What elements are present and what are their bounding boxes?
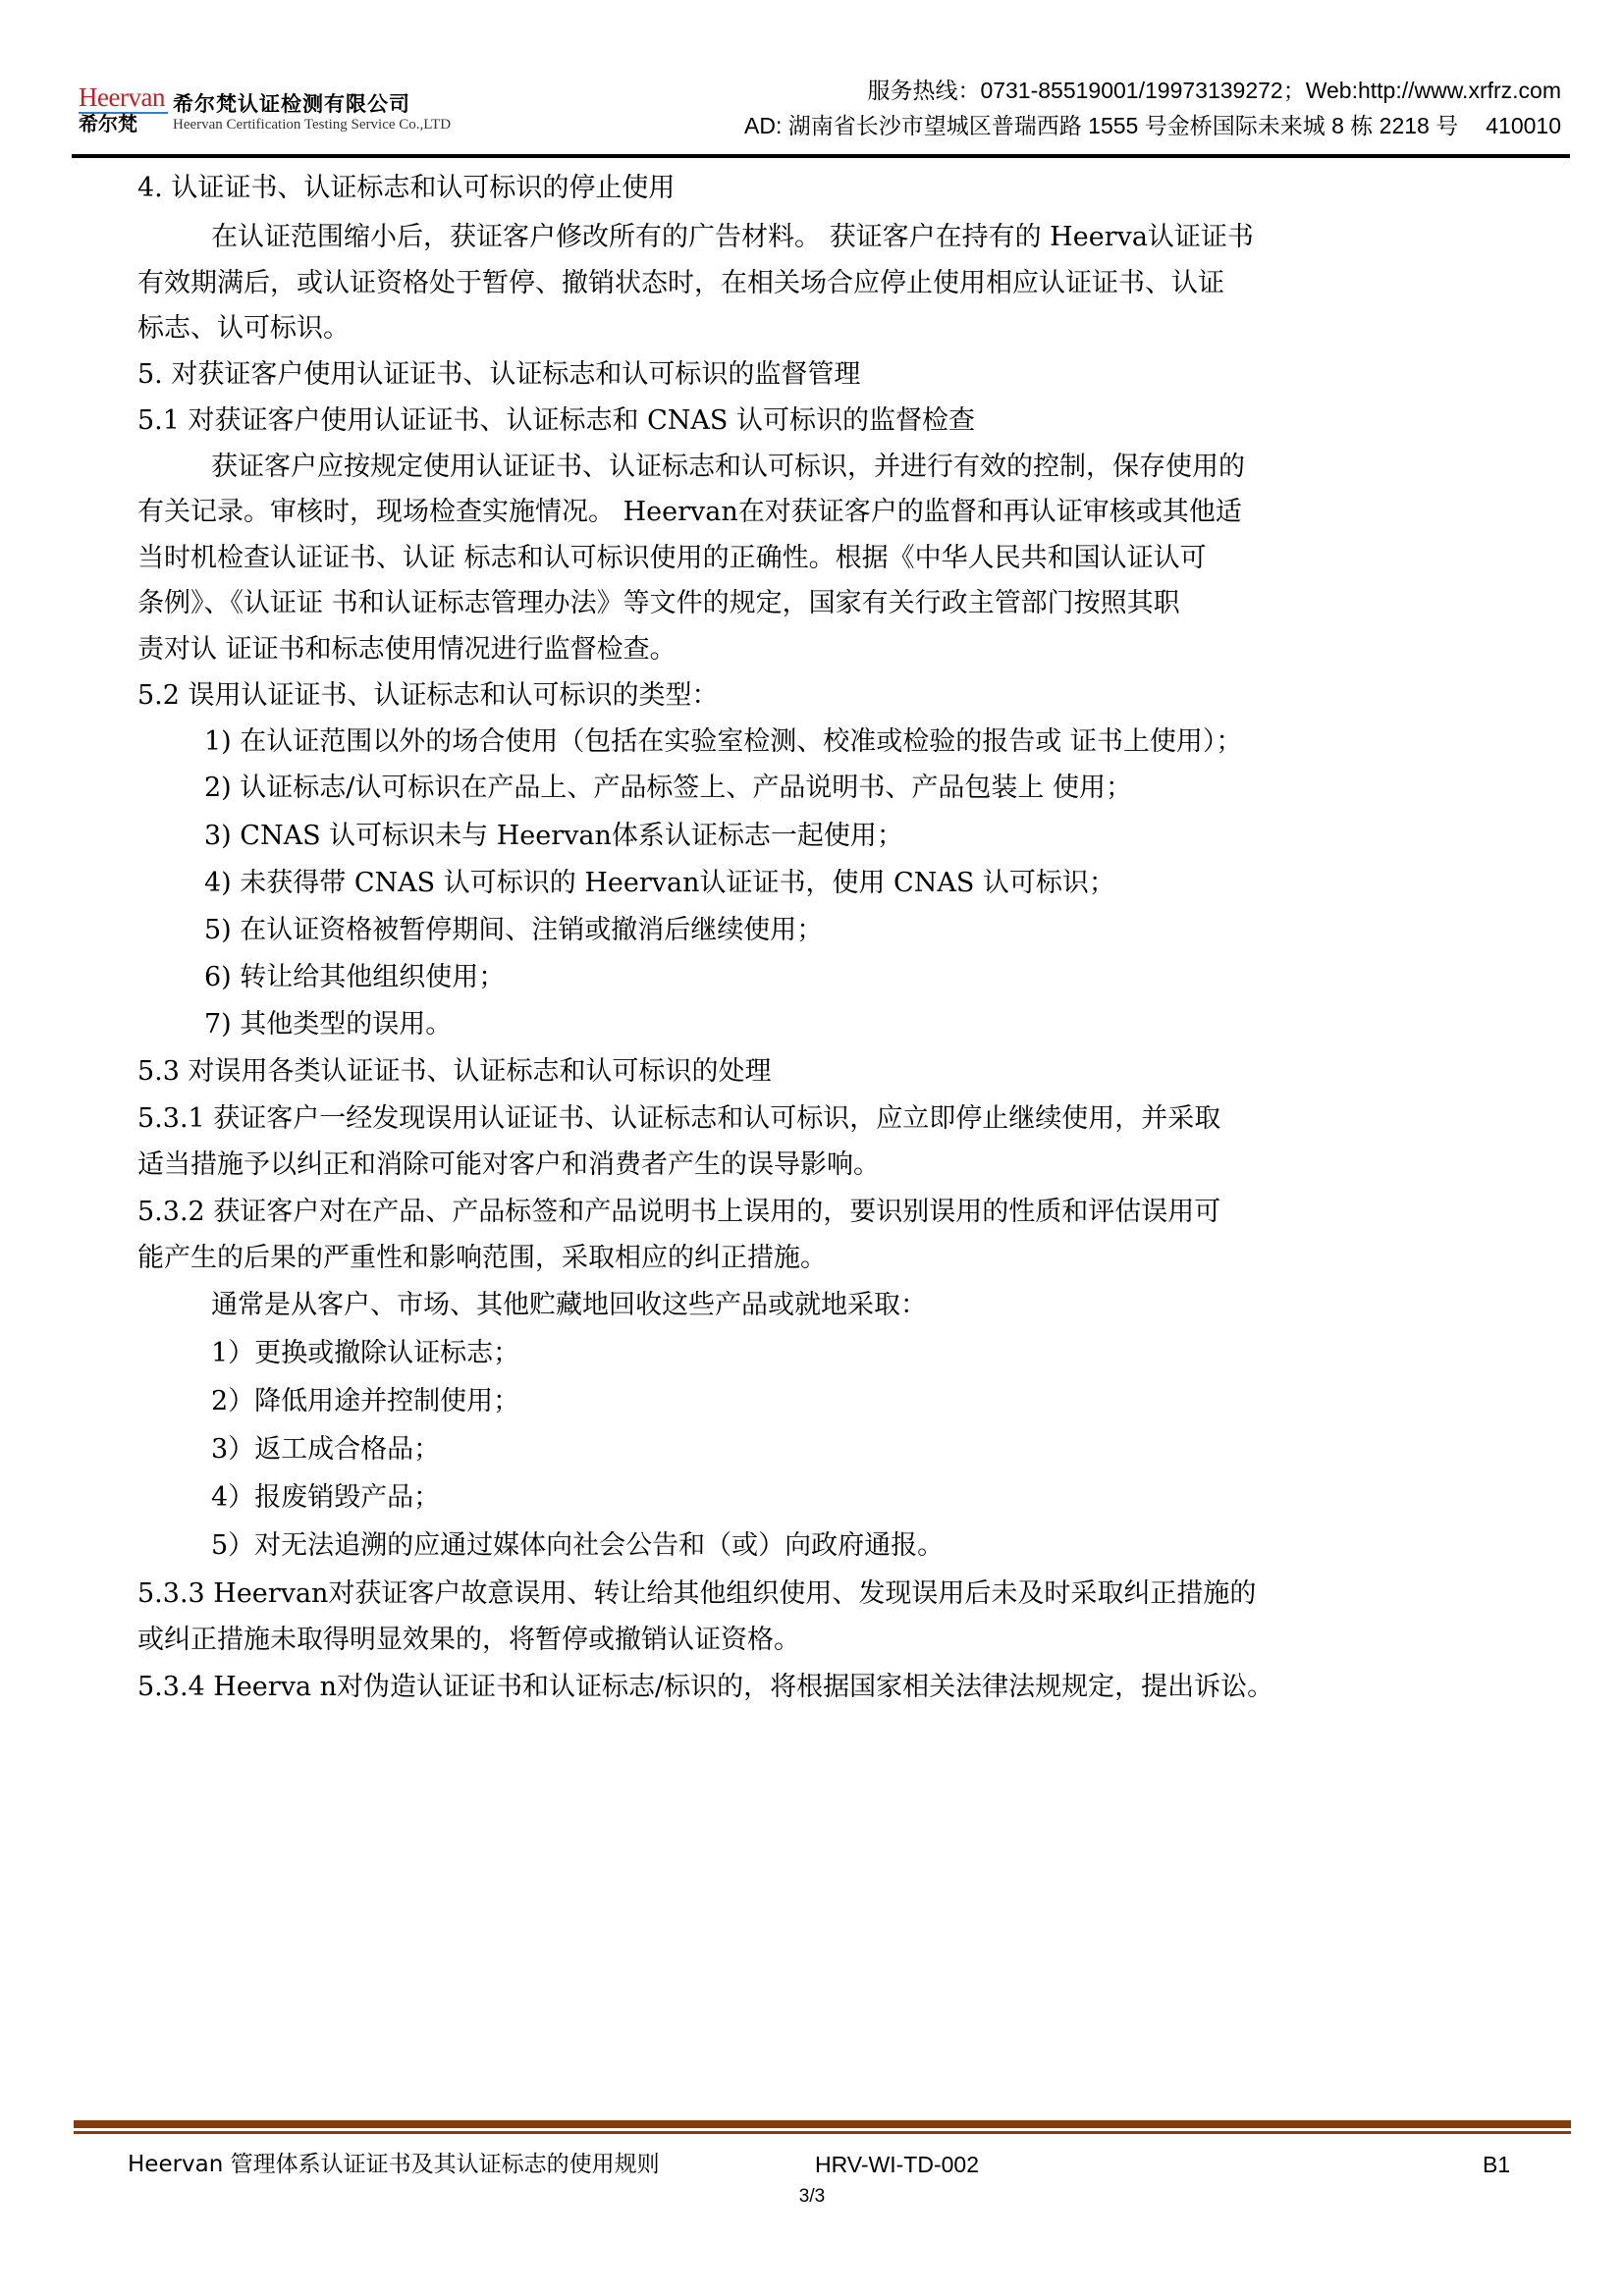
header-divider [72, 154, 1570, 158]
footer-doc-code: HRV-WI-TD-002 [815, 2150, 979, 2179]
section-4-heading: 4. 认证证书、认证标志和认可标识的停止使用 [137, 172, 675, 205]
section-5-3-1-line: 适当措施予以纠正和消除可能对客户和消费者产生的误导影响。 [137, 1148, 880, 1182]
address-row: AD: 湖南省长沙市望城区普瑞西路 1555 号金桥国际未来城 8 栋 2218… [744, 108, 1561, 143]
section-5-1-para-line: 获证客户应按规定使用认证证书、认证标志和认可标识，并进行有效的控制，保存使用的 [211, 451, 1245, 484]
section-5-3-4-line: 5.3.4 Heerva n对伪造认证证书和认证标志/标识的，将根据国家相关法律… [137, 1671, 1273, 1704]
logo-brand-cn: 希尔梵 [79, 113, 137, 134]
section-4-para-line: 在认证范围缩小后，获证客户修改所有的广告材料。 获证客户在持有的 Heerva认… [211, 221, 1254, 254]
postcode: 410010 [1486, 113, 1561, 138]
misuse-type-item: 1) 在认证范围以外的场合使用（包括在实验室检测、校准或检验的报告或 证书上使用… [204, 725, 1242, 759]
section-5-3-3-line: 5.3.3 Heervan对获证客户故意误用、转让给其他组织使用、发现误用后未及… [137, 1577, 1256, 1611]
page-number: 3/3 [0, 2185, 1624, 2209]
hotline-web: 服务热线：0731-85519001/19973139272；Web:http:… [744, 73, 1561, 108]
section-4-para-line: 标志、认可标识。 [137, 312, 350, 346]
section-5-1-heading: 5.1 对获证客户使用认证证书、认证标志和 CNAS 认可标识的监督检查 [137, 404, 975, 438]
misuse-type-item: 4) 未获得带 CNAS 认可标识的 Heervan认证证书，使用 CNAS 认… [204, 867, 1115, 900]
misuse-type-item: 6) 转让给其他组织使用； [204, 961, 505, 994]
logo-company-cn: 希尔梵认证检测有限公司 [173, 93, 410, 115]
section-5-3-2-line: 能产生的后果的严重性和影响范围，采取相应的纠正措施。 [137, 1242, 827, 1275]
section-5-1-para-line: 当时机检查认证证书、认证 标志和认可标识使用的正确性。根据《中华人民共和国认证认… [137, 542, 1207, 575]
footer-version: B1 [1483, 2150, 1510, 2179]
section-5-3-heading: 5.3 对误用各类认证证书、认证标志和认可标识的处理 [137, 1055, 772, 1089]
misuse-type-item: 2) 认证标志/认可标识在产品上、产品标签上、产品说明书、产品包装上 使用； [204, 772, 1132, 805]
section-5-1-para-line: 责对认 证证书和标志使用情况进行监督检查。 [137, 633, 677, 667]
recall-item: 1）更换或撤除认证标志； [211, 1337, 519, 1370]
page-header: Heervan 希尔梵认证检测有限公司 希尔梵 Heervan Certific… [0, 0, 1624, 167]
section-5-3-3-line: 或纠正措施未取得明显效果的，将暂停或撤销认证资格。 [137, 1624, 800, 1657]
recall-item: 5）对无法追溯的应通过媒体向社会公告和（或）向政府通报。 [211, 1529, 944, 1563]
footer-divider-thick [74, 2120, 1571, 2128]
misuse-type-item: 5) 在认证资格被暂停期间、注销或撤消后继续使用； [204, 914, 823, 947]
section-5-heading: 5. 对获证客户使用认证证书、认证标志和认可标识的监督管理 [137, 358, 860, 392]
recall-item: 3）返工成合格品； [211, 1433, 440, 1467]
footer-divider-thin [74, 2131, 1571, 2134]
footer-doc-title: Heervan 管理体系认证证书及其认证标志的使用规则 [128, 2150, 660, 2179]
misuse-type-item: 3) CNAS 认可标识未与 Heervan体系认证标志一起使用； [204, 820, 903, 853]
contact-info: 服务热线：0731-85519001/19973139272；Web:http:… [744, 73, 1561, 143]
section-5-3-2-line: 5.3.2 获证客户对在产品、产品标签和产品说明书上误用的，要识别误用的性质和评… [137, 1196, 1220, 1229]
section-5-2-heading: 5.2 误用认证证书、认证标志和认可标识的类型： [137, 679, 719, 713]
company-logo: Heervan 希尔梵认证检测有限公司 希尔梵 Heervan Certific… [79, 84, 511, 133]
section-5-3-1-line: 5.3.1 获证客户一经发现误用认证证书、认证标志和认可标识，应立即停止继续使用… [137, 1102, 1220, 1136]
section-4-para-line: 有效期满后，或认证资格处于暂停、撤销状态时，在相关场合应停止使用相应认证证书、认… [137, 267, 1224, 300]
recall-intro: 通常是从客户、市场、其他贮藏地回收这些产品或就地采取： [211, 1289, 927, 1322]
misuse-type-item: 7) 其他类型的误用。 [204, 1008, 452, 1041]
recall-item: 4）报废销毁产品； [211, 1481, 440, 1515]
recall-item: 2）降低用途并控制使用； [211, 1385, 519, 1418]
address: AD: 湖南省长沙市望城区普瑞西路 1555 号金桥国际未来城 8 栋 2218… [744, 113, 1458, 138]
logo-company-en: Heervan Certification Testing Service Co… [173, 117, 451, 133]
section-5-1-para-line: 条例》、《认证证 书和认证标志管理办法》等文件的规定，国家有关行政主管部门按照其… [137, 587, 1180, 620]
logo-brand-en: Heervan [79, 84, 165, 111]
section-5-1-para-line: 有关记录。审核时，现场检查实施情况。 Heervan在对获证客户的监督和再认证审… [137, 496, 1242, 529]
